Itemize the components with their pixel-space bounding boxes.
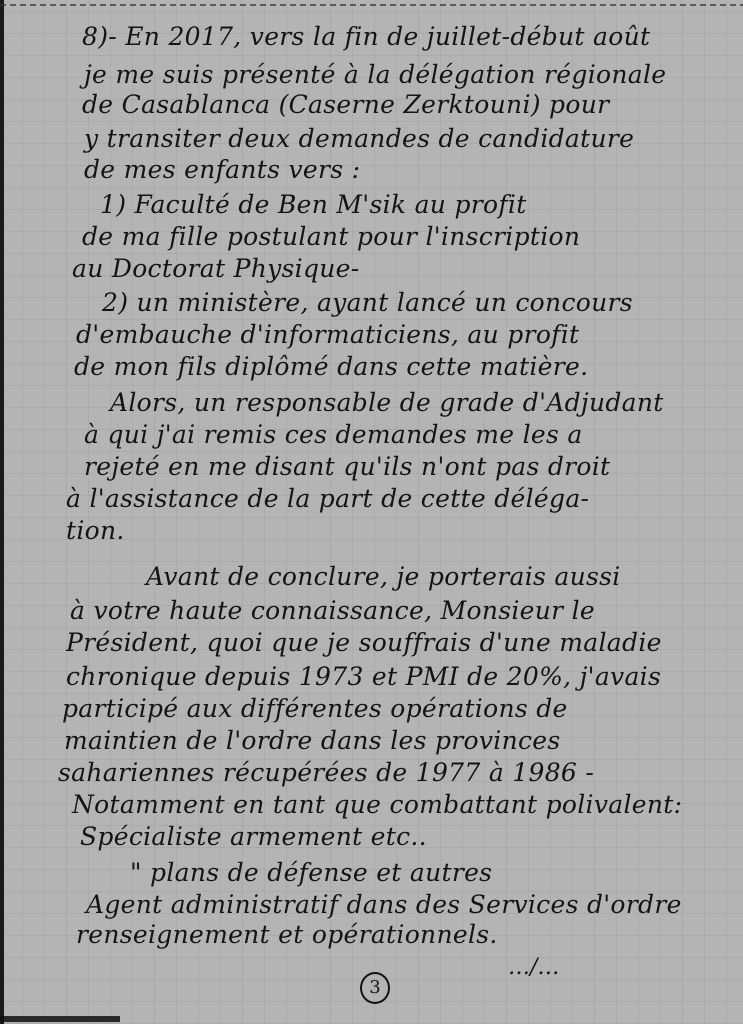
text-line: Spécialiste armement etc..: [80, 822, 427, 851]
text-line: Président, quoi que je souffrais d'une m…: [66, 628, 662, 657]
text-line: maintien de l'ordre dans les provinces: [64, 726, 561, 755]
text-line: " plans de défense et autres: [130, 858, 492, 887]
text-line: sahariennes récupérées de 1977 à 1986 -: [58, 758, 594, 787]
page-number: 3: [360, 972, 390, 1004]
text-line: 2) un ministère, ayant lancé un concours: [102, 288, 633, 317]
text-line: à votre haute connaissance, Monsieur le: [70, 596, 595, 625]
text-line: de Casablanca (Caserne Zerktouni) pour: [82, 90, 609, 119]
text-line: de ma fille postulant pour l'inscription: [82, 222, 580, 251]
text-line: rejeté en me disant qu'ils n'ont pas dro…: [84, 452, 610, 481]
letter-page: 8)- En 2017, vers la fin de juillet-débu…: [0, 0, 743, 1024]
text-line: tion.: [66, 516, 125, 545]
text-line: renseignement et opérationnels.: [76, 920, 498, 949]
text-line: je me suis présenté à la délégation régi…: [84, 60, 666, 89]
text-line: 1) Faculté de Ben M'sik au profit: [100, 190, 527, 219]
text-line: de mon fils diplômé dans cette matière.: [74, 352, 588, 381]
text-line: de mes enfants vers :: [84, 155, 360, 184]
text-line: participé aux différentes opérations de: [62, 694, 568, 723]
continuation-mark: …/…: [508, 955, 559, 980]
text-line: Avant de conclure, je porterais aussi: [146, 562, 621, 591]
text-line: au Doctorat Physique-: [72, 254, 360, 283]
text-line: à l'assistance de la part de cette délég…: [66, 484, 589, 513]
text-line: 8)- En 2017, vers la fin de juillet-débu…: [82, 22, 650, 51]
text-line: Notamment en tant que combattant polival…: [72, 790, 682, 819]
text-line: y transiter deux demandes de candidature: [84, 124, 634, 153]
text-line: chronique depuis 1973 et PMI de 20%, j'a…: [66, 662, 661, 691]
text-line: à qui j'ai remis ces demandes me les a: [84, 420, 583, 449]
scan-edge-top: [0, 4, 743, 6]
scan-edge-bottom: [0, 1016, 120, 1022]
text-line: Alors, un responsable de grade d'Adjudan…: [110, 388, 664, 417]
text-line: d'embauche d'informaticiens, au profit: [76, 320, 579, 349]
text-line: Agent administratif dans des Services d'…: [86, 890, 682, 919]
scan-edge-left: [0, 0, 4, 1024]
